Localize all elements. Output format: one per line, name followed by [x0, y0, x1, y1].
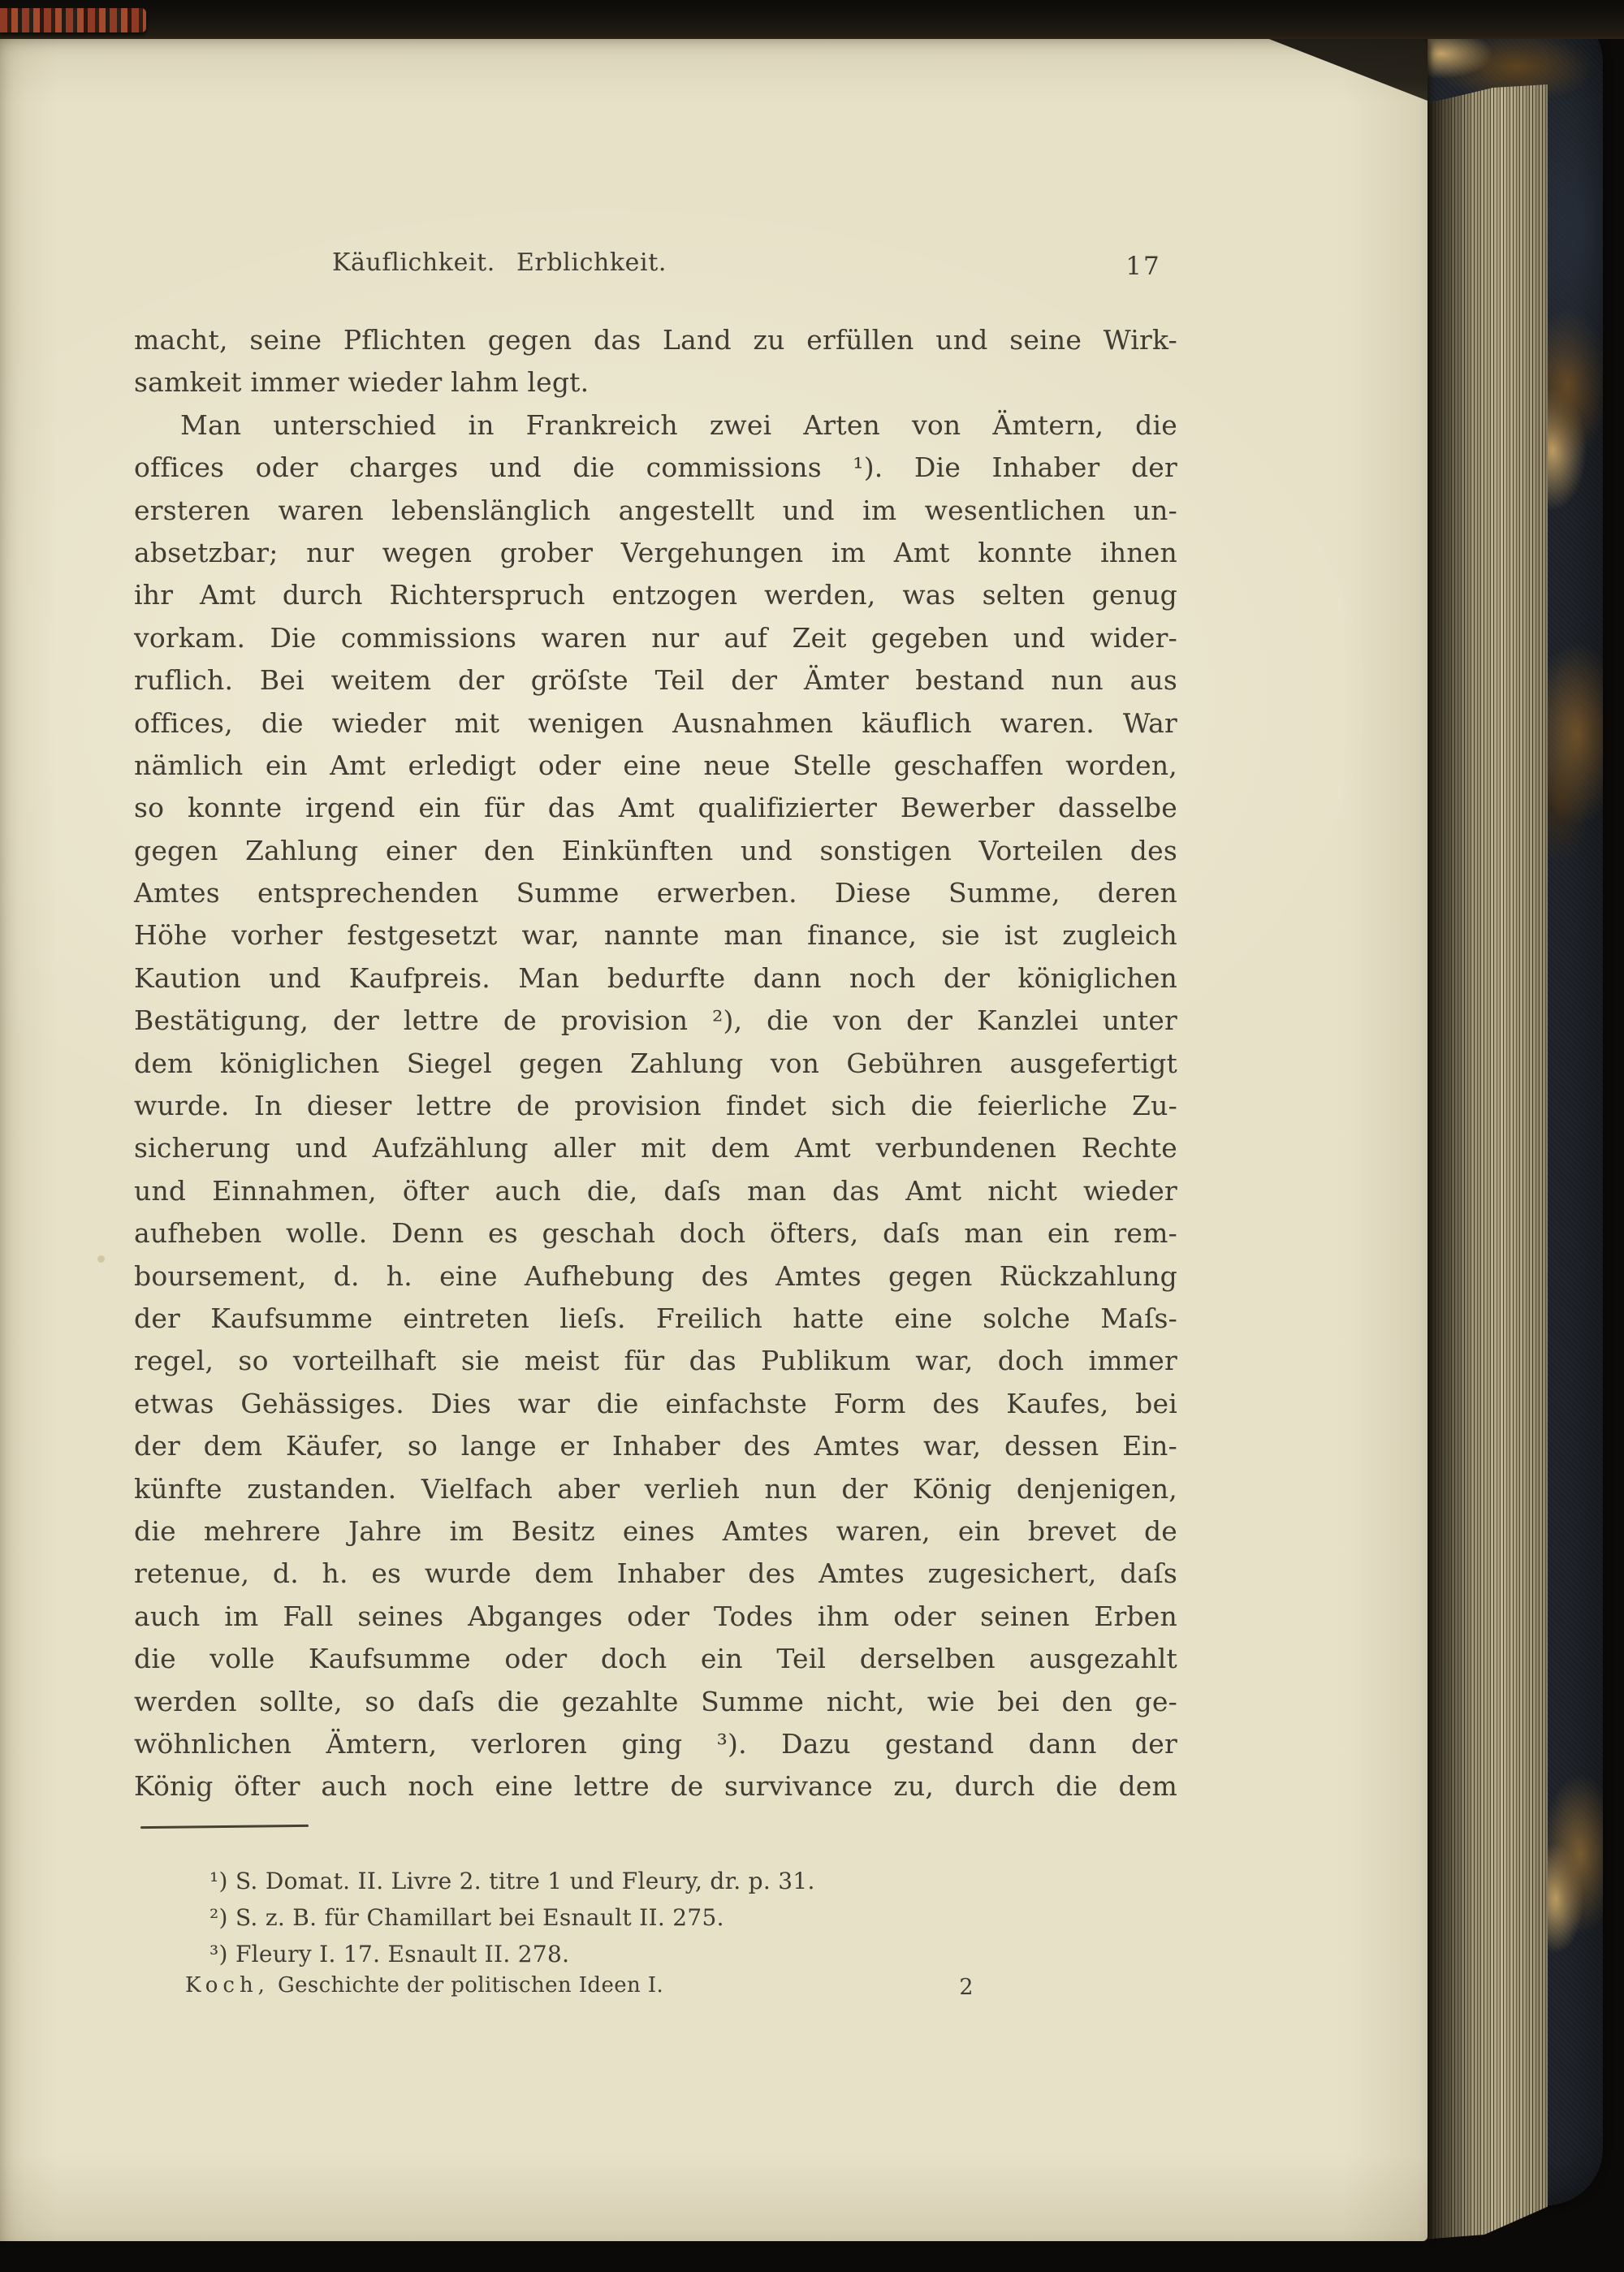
text-line: die mehrere Jahre im Besitz eines Amtes …: [134, 1510, 1177, 1553]
book-page: Käuflichkeit.Erblichkeit. 17 macht, sein…: [0, 37, 1427, 2241]
text-line: ersteren waren lebenslänglich angestellt…: [134, 490, 1177, 532]
foxing-spot: [422, 1229, 428, 1235]
text-line: offices oder charges und die commissions…: [134, 447, 1177, 489]
footnote-list: ¹) S. Domat. II. Livre 2. titre 1 und Fl…: [209, 1863, 1168, 1972]
signature-title: Geschichte der politischen Ideen I.: [278, 1973, 663, 1998]
sheet-number: 2: [942, 1975, 991, 2000]
top-dark-band: [0, 0, 1624, 39]
text-line: Kaution und Kaufpreis. Man bedurfte dann…: [134, 957, 1177, 1000]
text-line: Man unterschied in Frankreich zwei Arten…: [134, 404, 1177, 447]
text-line: vorkam. Die commissions waren nur auf Ze…: [134, 617, 1177, 659]
text-line: Bestätigung, der lettre de provision ²),…: [134, 1000, 1177, 1042]
text-line: Amtes entsprechenden Summe erwerben. Die…: [134, 872, 1177, 914]
text-line: absetzbar; nur wegen grober Vergehungen …: [134, 532, 1177, 574]
text-line: aufheben wolle. Denn es geschah doch öft…: [134, 1212, 1177, 1255]
text-line: boursement, d. h. eine Aufhebung des Amt…: [134, 1255, 1177, 1298]
text-line: ruflich. Bei weitem der gröſste Teil der…: [134, 659, 1177, 702]
text-line: nämlich ein Amt erledigt oder eine neue …: [134, 745, 1177, 787]
text-line: Höhe vorher festgesetzt war, nannte man …: [134, 914, 1177, 957]
text-line: offices, die wieder mit wenigen Ausnahme…: [134, 702, 1177, 745]
body-text: macht, seine Pflichten gegen das Land zu…: [134, 319, 1177, 1808]
text-line: auch im Fall seines Abganges oder Todes …: [134, 1596, 1177, 1638]
text-line: regel, so vorteilhaft sie meist für das …: [134, 1340, 1177, 1382]
text-line: und Einnahmen, öfter auch die, daſs man …: [134, 1170, 1177, 1212]
text-line: werden sollte, so daſs die gezahlte Summ…: [134, 1681, 1177, 1723]
headband-stitching: [0, 8, 146, 32]
text-line: retenue, d. h. es wurde dem Inhaber des …: [134, 1553, 1177, 1595]
signature-line: Koch,Geschichte der politischen Ideen I.: [185, 1973, 1241, 2006]
text-line: etwas Gehässiges. Dies war die einfachst…: [134, 1383, 1177, 1425]
footnote-line: ²) S. z. B. für Chamillart bei Esnault I…: [209, 1899, 1168, 1936]
text-line: der dem Käufer, so lange er Inhaber des …: [134, 1425, 1177, 1467]
page-number: 17: [1107, 252, 1180, 281]
text-line: ihr Amt durch Richterspruch entzogen wer…: [134, 574, 1177, 616]
text-line: wöhnlichen Ämtern, verloren ging ³). Daz…: [134, 1723, 1177, 1765]
text-line: wurde. In dieser lettre de provision fin…: [134, 1085, 1177, 1127]
text-line: der Kaufsumme eintreten lieſs. Freilich …: [134, 1298, 1177, 1340]
running-title-right: Erblichkeit.: [516, 248, 667, 277]
text-line: sicherung und Aufzählung aller mit dem A…: [134, 1127, 1177, 1169]
text-line: König öfter auch noch eine lettre de sur…: [134, 1765, 1177, 1808]
text-line: dem königlichen Siegel gegen Zahlung von…: [134, 1043, 1177, 1085]
text-line: macht, seine Pflichten gegen das Land zu…: [134, 319, 1177, 361]
footnote-line: ¹) S. Domat. II. Livre 2. titre 1 und Fl…: [209, 1863, 1168, 1899]
foxing-spot: [97, 1255, 105, 1263]
signature-author: Koch,: [185, 1973, 270, 1998]
scanned-book-photo: Käuflichkeit.Erblichkeit. 17 macht, sein…: [0, 0, 1624, 2272]
text-line: so konnte irgend ein für das Amt qualifi…: [134, 787, 1177, 829]
footnote-separator-rule: [140, 1825, 309, 1829]
text-line: die volle Kaufsumme oder doch ein Teil d…: [134, 1638, 1177, 1680]
footnote-line: ³) Fleury I. 17. Esnault II. 278.: [209, 1936, 1168, 1972]
book-pages-fore-edge: [1426, 84, 1548, 2241]
running-title: Käuflichkeit.Erblichkeit.: [268, 248, 731, 277]
text-line: samkeit immer wieder lahm legt.: [134, 361, 1177, 404]
running-title-left: Käuflichkeit.: [332, 248, 495, 277]
text-line: gegen Zahlung einer den Einkünften und s…: [134, 830, 1177, 872]
text-line: künfte zustanden. Vielfach aber verlieh …: [134, 1468, 1177, 1510]
